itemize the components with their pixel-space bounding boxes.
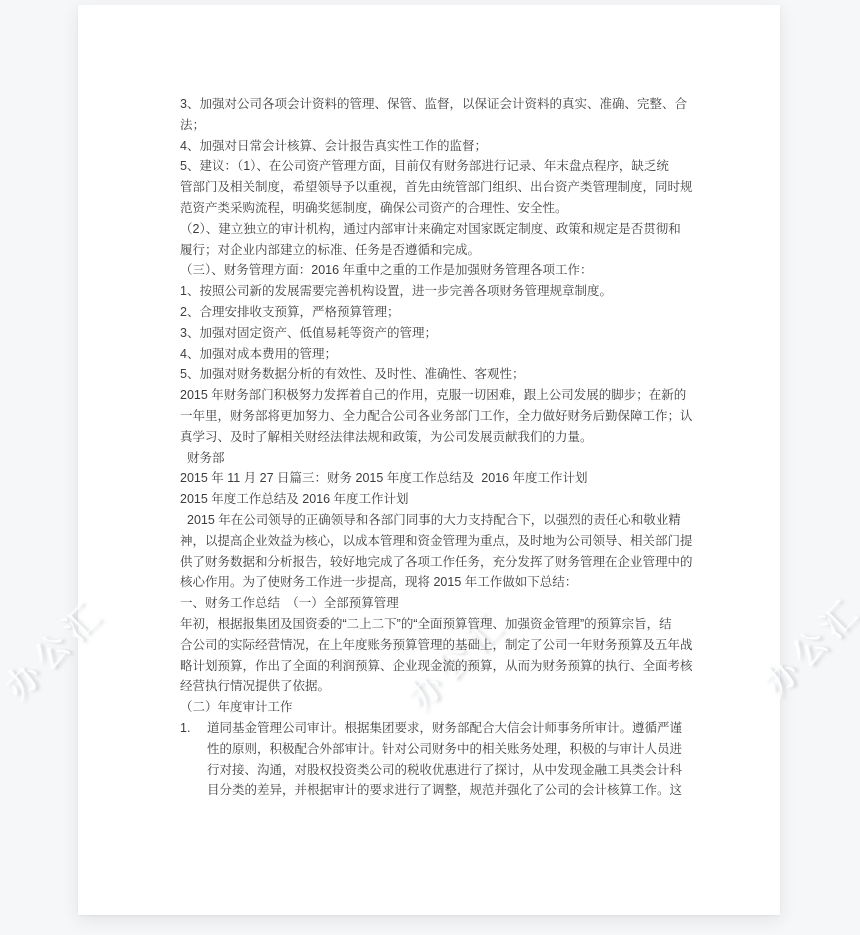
document-line: 法；	[180, 115, 692, 136]
document-line: 性的原则，积极配合外部审计。针对公司财务中的相关账务处理，积极的与审计人员进	[180, 739, 692, 760]
document-line: 1.道同基金管理公司审计。根据集团要求，财务部配合大信会计师事务所审计。遵循严谨	[180, 718, 692, 739]
document-line: 行对接、沟通，对股权投资类公司的税收优惠进行了探讨，从中发现金融工具类会计科	[180, 760, 692, 781]
document-line: 财务部	[180, 448, 692, 469]
document-line: 核心作用。为了使财务工作进一步提高，现将 2015 年工作做如下总结：	[180, 572, 692, 593]
document-line: 神，以提高企业效益为核心，以成本管理和资金管理为重点，及时地为公司领导、相关部门…	[180, 531, 692, 552]
document-line: 1、按照公司新的发展需要完善机构设置，进一步完善各项财务管理规章制度。	[180, 281, 692, 302]
document-line: 5、建议：（1）、在公司资产管理方面，目前仅有财务部进行记录、年末盘点程序，缺乏…	[180, 156, 692, 177]
document-line: 履行；对企业内部建立的标准、任务是否遵循和完成。	[180, 240, 692, 261]
document-line: （二）年度审计工作	[180, 697, 692, 718]
document-line: 5、加强对财务数据分析的有效性、及时性、准确性、客观性；	[180, 364, 692, 385]
document-line: 3、加强对公司各项会计资料的管理、保管、监督，以保证会计资料的真实、准确、完整、…	[180, 94, 692, 115]
document-line: 管部门及相关制度，希望领导予以重视，首先由统管部门组织、出台资产类管理制度，同时…	[180, 177, 692, 198]
document-line: 4、加强对日常会计核算、会计报告真实性工作的监督；	[180, 136, 692, 157]
document-line: 4、加强对成本费用的管理；	[180, 344, 692, 365]
document-line: 2015 年在公司领导的正确领导和各部门同事的大力支持配合下，以强烈的责任心和敬…	[180, 510, 692, 531]
document-line: 一年里，财务部将更加努力、全力配合公司各业务部门工作，全力做好财务后勤保障工作；…	[180, 406, 692, 427]
document-body: 3、加强对公司各项会计资料的管理、保管、监督，以保证会计资料的真实、准确、完整、…	[180, 94, 692, 801]
document-line: 2015 年财务部门积极努力发挥着自己的作用，克服一切困难，跟上公司发展的脚步；…	[180, 385, 692, 406]
document-line: 供了财务数据和分析报告，较好地完成了各项工作任务，充分发挥了财务管理在企业管理中…	[180, 552, 692, 573]
document-line: 一、财务工作总结 （一）全部预算管理	[180, 593, 692, 614]
document-line: 2、合理安排收支预算，严格预算管理；	[180, 302, 692, 323]
document-line: 真学习、及时了解相关财经法律法规和政策，为公司发展贡献我们的力量。	[180, 427, 692, 448]
document-line: （2）、建立独立的审计机构，通过内部审计来确定对国家既定制度、政策和规定是否贯彻…	[180, 219, 692, 240]
document-line-text: 道同基金管理公司审计。根据集团要求，财务部配合大信会计师事务所审计。遵循严谨	[207, 721, 682, 735]
document-line: （三）、财务管理方面：2016 年重中之重的工作是加强财务管理各项工作：	[180, 260, 692, 281]
list-marker: 1.	[180, 718, 207, 739]
document-line: 年初，根据报集团及国资委的“二上二下”的“全面预算管理、加强资金管理”的预算宗旨…	[180, 614, 692, 635]
document-line: 范资产类采购流程，明确奖惩制度，确保公司资产的合理性、安全性。	[180, 198, 692, 219]
document-line: 略计划预算，作出了全面的利润预算、企业现金流的预算，从而为财务预算的执行、全面考…	[180, 656, 692, 677]
document-canvas: { "canvas": { "background_color": "#f6f7…	[0, 0, 860, 935]
document-line: 目分类的差异，并根据审计的要求进行了调整，规范并强化了公司的会计核算工作。这	[180, 780, 692, 801]
document-line: 经营执行情况提供了依据。	[180, 676, 692, 697]
document-line: 3、加强对固定资产、低值易耗等资产的管理；	[180, 323, 692, 344]
document-line: 合公司的实际经营情况，在上年度账务预算管理的基础上，制定了公司一年财务预算及五年…	[180, 635, 692, 656]
document-line: 2015 年度工作总结及 2016 年度工作计划	[180, 489, 692, 510]
document-line: 2015 年 11 月 27 日篇三：财务 2015 年度工作总结及 2016 …	[180, 468, 692, 489]
